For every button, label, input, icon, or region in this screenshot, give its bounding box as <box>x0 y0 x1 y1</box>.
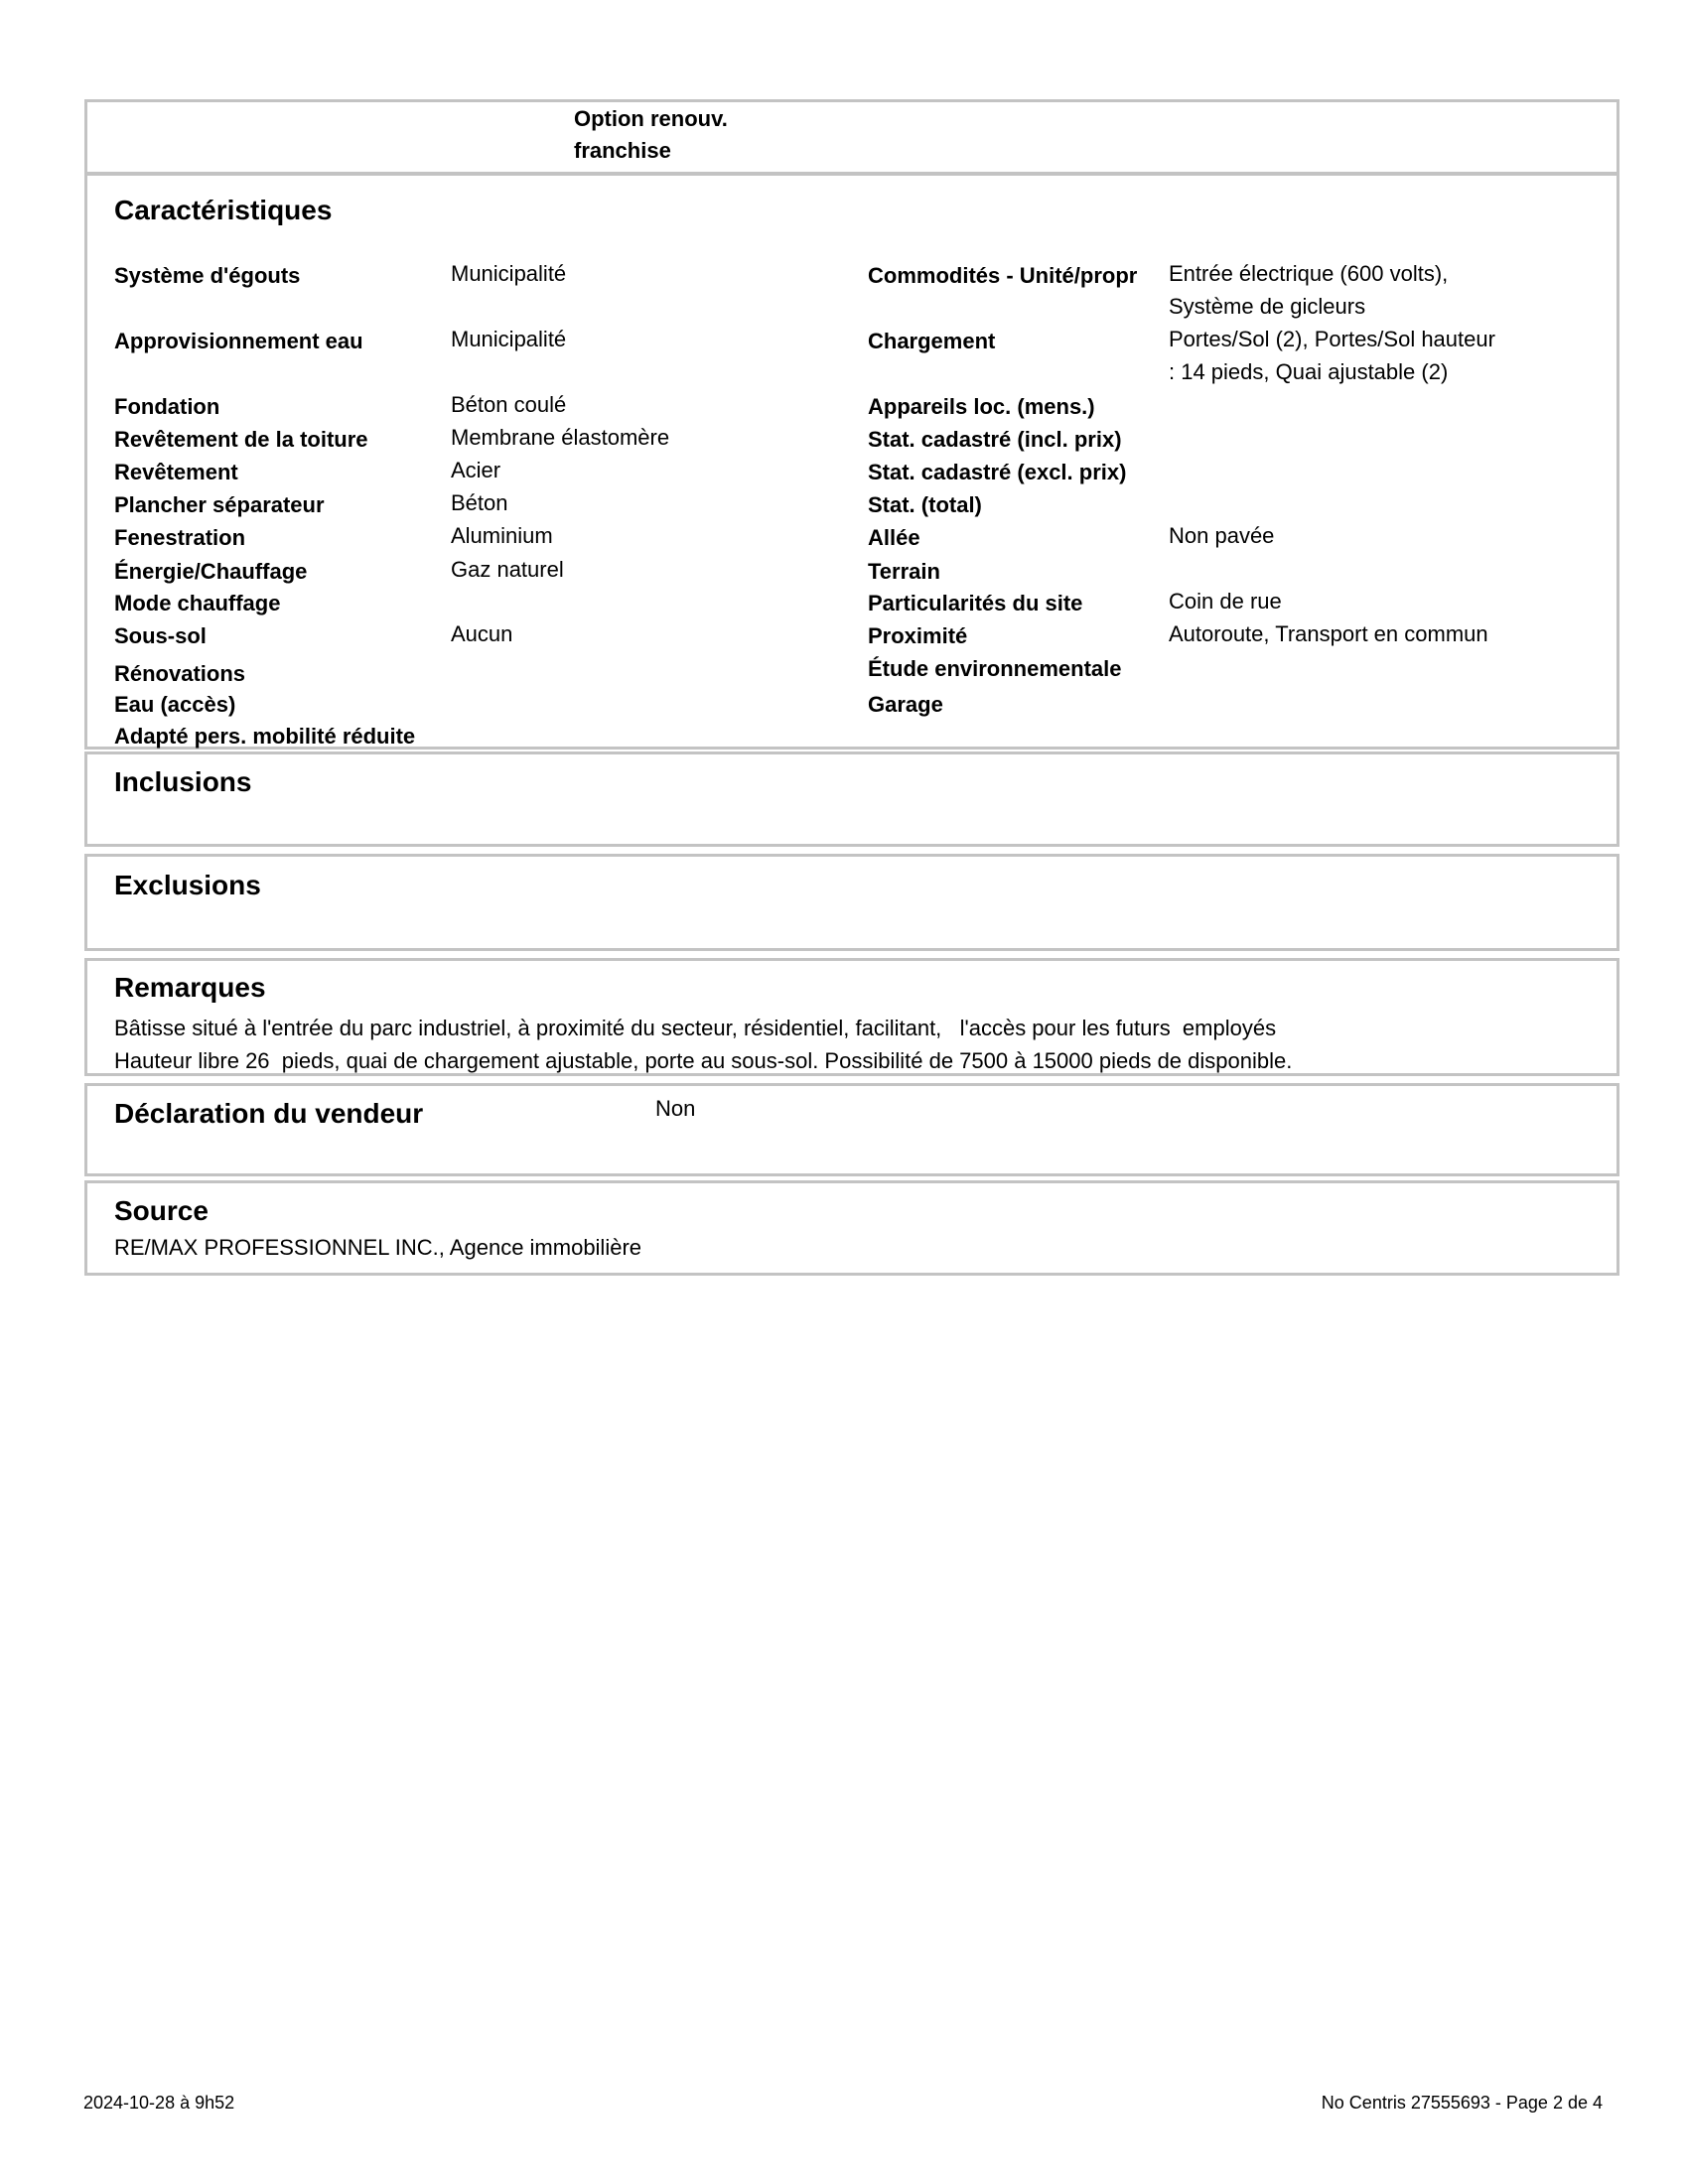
characteristic-value: Membrane élastomère <box>451 425 669 451</box>
section-title: Exclusions <box>114 870 261 901</box>
characteristic-label: Revêtement <box>114 460 238 485</box>
footer-page-info: No Centris 27555693 - Page 2 de 4 <box>1322 2093 1603 2114</box>
declaration-section: Déclaration du vendeur Non <box>84 1083 1619 1176</box>
remarques-line-1: Bâtisse situé à l'entrée du parc industr… <box>114 1016 1276 1041</box>
characteristic-label: Plancher séparateur <box>114 492 325 518</box>
characteristic-value: Portes/Sol (2), Portes/Sol hauteur <box>1169 327 1495 352</box>
characteristic-value: Aucun <box>451 621 512 647</box>
characteristic-label: Stat. cadastré (excl. prix) <box>868 460 1126 485</box>
remarques-section: Remarques Bâtisse situé à l'entrée du pa… <box>84 958 1619 1076</box>
characteristic-label: Chargement <box>868 329 995 354</box>
top-box: Option renouv. franchise <box>84 99 1619 175</box>
characteristic-value: Municipalité <box>451 327 566 352</box>
characteristic-value-line-2: : 14 pieds, Quai ajustable (2) <box>1169 359 1448 385</box>
characteristic-value: Entrée électrique (600 volts), <box>1169 261 1448 287</box>
remarques-line-2: Hauteur libre 26 pieds, quai de chargeme… <box>114 1048 1292 1074</box>
declaration-value: Non <box>655 1096 695 1122</box>
characteristic-label: Garage <box>868 692 943 718</box>
characteristic-label: Eau (accès) <box>114 692 235 718</box>
caracteristiques-section: Caractéristiques Système d'égoutsMunicip… <box>84 173 1619 750</box>
option-renouv-label-line2: franchise <box>574 138 671 164</box>
characteristic-label: Fenestration <box>114 525 245 551</box>
characteristic-label: Approvisionnement eau <box>114 329 363 354</box>
characteristic-value: Gaz naturel <box>451 557 564 583</box>
characteristic-label: Mode chauffage <box>114 591 280 616</box>
characteristic-label: Proximité <box>868 623 967 649</box>
characteristic-label: Système d'égouts <box>114 263 300 289</box>
inclusions-section: Inclusions <box>84 751 1619 847</box>
characteristic-label: Revêtement de la toiture <box>114 427 368 453</box>
exclusions-section: Exclusions <box>84 854 1619 951</box>
characteristic-label: Sous-sol <box>114 623 207 649</box>
characteristic-value: Béton <box>451 490 508 516</box>
option-renouv-label: Option renouv. <box>574 106 728 132</box>
characteristic-value: Béton coulé <box>451 392 566 418</box>
footer-date: 2024-10-28 à 9h52 <box>83 2093 234 2114</box>
characteristic-label: Stat. cadastré (incl. prix) <box>868 427 1122 453</box>
characteristic-label: Stat. (total) <box>868 492 982 518</box>
section-title: Remarques <box>114 972 266 1004</box>
section-title: Inclusions <box>114 766 251 798</box>
characteristic-label: Fondation <box>114 394 219 420</box>
characteristic-label: Commodités - Unité/propr <box>868 263 1137 289</box>
section-title: Déclaration du vendeur <box>114 1098 423 1130</box>
characteristic-value: Acier <box>451 458 500 483</box>
characteristic-value: Non pavée <box>1169 523 1274 549</box>
characteristic-label: Étude environnementale <box>868 656 1122 682</box>
source-value: RE/MAX PROFESSIONNEL INC., Agence immobi… <box>114 1235 641 1261</box>
section-title: Source <box>114 1195 209 1227</box>
characteristic-value: Coin de rue <box>1169 589 1282 614</box>
characteristic-value: Autoroute, Transport en commun <box>1169 621 1488 647</box>
characteristic-label: Énergie/Chauffage <box>114 559 307 585</box>
characteristic-label: Rénovations <box>114 661 245 687</box>
characteristic-label: Terrain <box>868 559 940 585</box>
characteristic-label: Allée <box>868 525 920 551</box>
section-title: Caractéristiques <box>114 195 332 226</box>
characteristic-label: Adapté pers. mobilité réduite <box>114 724 415 750</box>
characteristic-value: Municipalité <box>451 261 566 287</box>
characteristic-value: Aluminium <box>451 523 553 549</box>
characteristic-label: Appareils loc. (mens.) <box>868 394 1095 420</box>
characteristic-value-line-2: Système de gicleurs <box>1169 294 1365 320</box>
source-section: Source RE/MAX PROFESSIONNEL INC., Agence… <box>84 1180 1619 1276</box>
characteristic-label: Particularités du site <box>868 591 1082 616</box>
